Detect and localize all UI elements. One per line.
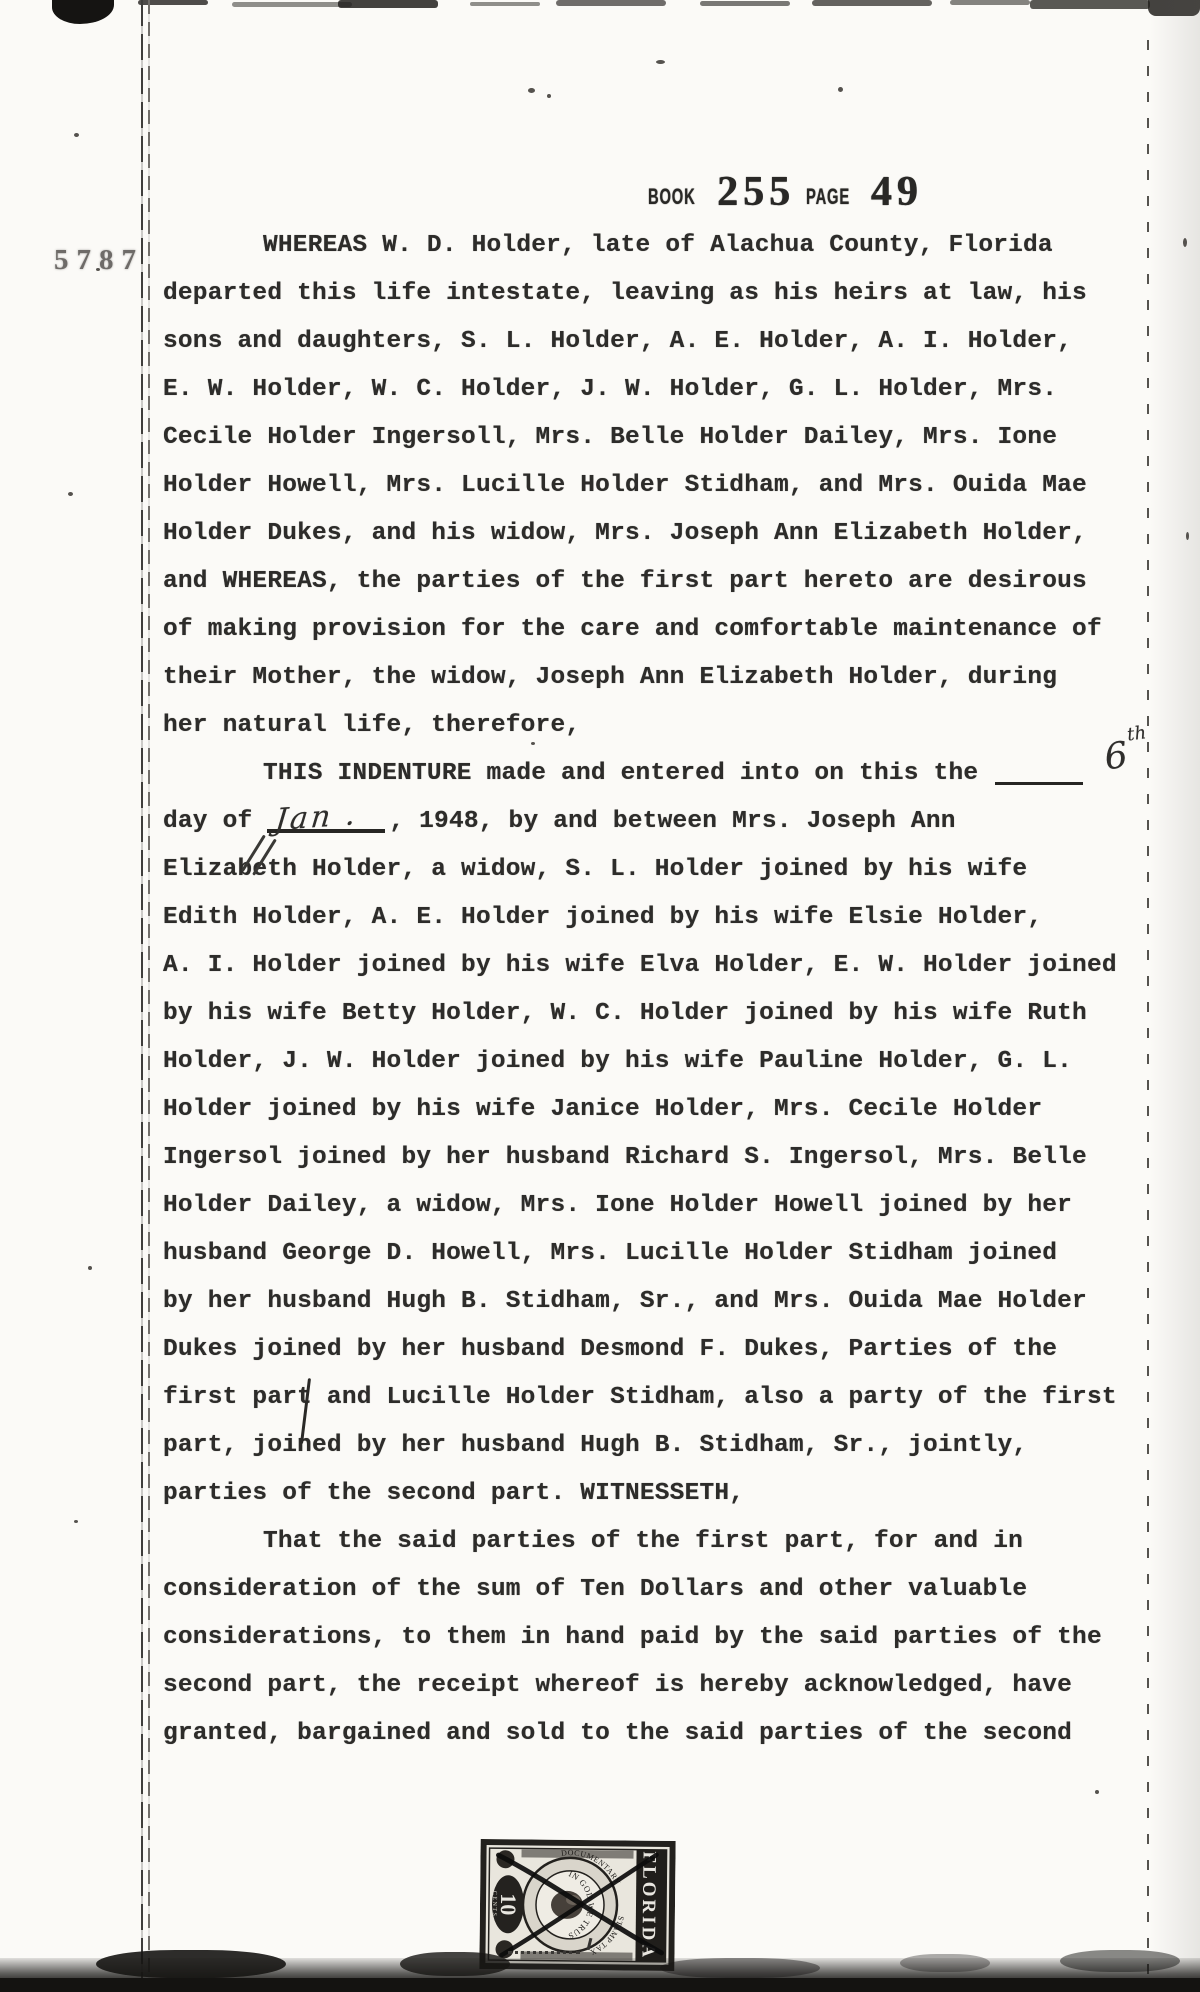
document-line: Holder Howell, Mrs. Lucille Holder Stidh…: [163, 462, 1123, 510]
scan-smudge: [400, 1952, 510, 1976]
stamp-denomination: 10: [496, 1893, 521, 1915]
handwritten-text: Jan .: [274, 800, 360, 836]
scan-smudge: [556, 0, 666, 6]
margin-instrument-number: 5787: [54, 244, 144, 277]
scan-speck: [531, 742, 535, 745]
scan-speck: [74, 1520, 78, 1523]
document-line: granted, bargained and sold to the said …: [163, 1710, 1123, 1758]
scan-speck: [528, 88, 535, 93]
scan-speck: [88, 1266, 92, 1270]
page-number: 49: [871, 168, 923, 216]
scan-smudge: [338, 0, 438, 8]
handwritten-day-fill: 6th: [995, 776, 1083, 785]
document-line: Elizabeth Holder, a widow, S. L. Holder …: [163, 846, 1123, 894]
binding-rule-line: [148, 0, 150, 1992]
scan-speck: [838, 87, 843, 92]
book-label: BOOK: [648, 184, 696, 210]
book-page-header: BOOK 255 PAGE 49: [648, 168, 923, 216]
scan-smudge: [232, 2, 352, 7]
scan-speck: [1183, 238, 1187, 247]
scan-speck: [74, 133, 79, 137]
document-line: E. W. Holder, W. C. Holder, J. W. Holder…: [163, 366, 1123, 414]
document-line: considerations, to them in hand paid by …: [163, 1614, 1123, 1662]
handwritten-month-fill: Jan .: [267, 823, 385, 833]
document-line: Holder Dailey, a widow, Mrs. Ione Holder…: [163, 1182, 1123, 1230]
document-line: A. I. Holder joined by his wife Elva Hol…: [163, 942, 1123, 990]
document-line: consideration of the sum of Ten Dollars …: [163, 1566, 1123, 1614]
scan-smudge: [470, 2, 540, 6]
stamp-denomination-unit: CENTS: [491, 1891, 497, 1918]
scan-smudge: [96, 1950, 286, 1978]
scanned-document-page: BOOK 255 PAGE 49 5787 WHEREAS W. D. Hold…: [0, 0, 1200, 1992]
scan-bottom-strip: [0, 1978, 1200, 1992]
scan-smudge: [700, 1, 790, 6]
scan-dots: [508, 1946, 580, 1954]
document-line: sons and daughters, S. L. Holder, A. E. …: [163, 318, 1123, 366]
document-line: departed this life intestate, leaving as…: [163, 270, 1123, 318]
document-line: by his wife Betty Holder, W. C. Holder j…: [163, 990, 1123, 1038]
document-line: Holder, J. W. Holder joined by his wife …: [163, 1038, 1123, 1086]
document-line: her natural life, therefore,: [163, 702, 1123, 750]
document-line: second part, the receipt whereof is here…: [163, 1662, 1123, 1710]
page-edge-rule-line: [1147, 40, 1149, 1992]
scan-smudge: [950, 0, 1030, 5]
scan-smudge: [812, 0, 932, 6]
document-line: of making provision for the care and com…: [163, 606, 1123, 654]
document-line: husband George D. Howell, Mrs. Lucille H…: [163, 1230, 1123, 1278]
document-line: Holder Dukes, and his widow, Mrs. Joseph…: [163, 510, 1123, 558]
document-body: WHEREAS W. D. Holder, late of Alachua Co…: [163, 222, 1123, 1758]
scan-smudge: [660, 1958, 820, 1978]
document-line: WHEREAS W. D. Holder, late of Alachua Co…: [163, 222, 1123, 270]
document-line: their Mother, the widow, Joseph Ann Eliz…: [163, 654, 1123, 702]
document-line: by her husband Hugh B. Stidham, Sr., and…: [163, 1278, 1123, 1326]
binding-rule-line: [141, 0, 143, 1992]
document-line: Ingersol joined by her husband Richard S…: [163, 1134, 1123, 1182]
page-label: PAGE: [806, 184, 850, 210]
scan-speck: [547, 94, 551, 98]
scan-smudge: [1030, 0, 1150, 9]
scan-smudge: [900, 1954, 990, 1972]
document-line: Cecile Holder Ingersoll, Mrs. Belle Hold…: [163, 414, 1123, 462]
book-number: 255: [717, 168, 795, 216]
scan-speck: [1186, 532, 1189, 540]
document-line: Holder joined by his wife Janice Holder,…: [163, 1086, 1123, 1134]
scan-speck: [1095, 1790, 1099, 1794]
scan-speck: [656, 60, 665, 64]
scan-smudge: [52, 0, 114, 24]
document-line: THIS INDENTURE made and entered into on …: [163, 750, 1123, 798]
scan-speck: [68, 492, 73, 496]
document-line: and WHEREAS, the parties of the first pa…: [163, 558, 1123, 606]
document-line: Edith Holder, A. E. Holder joined by his…: [163, 894, 1123, 942]
scan-smudge: [1060, 1950, 1180, 1972]
page-edge-shade: [1150, 0, 1200, 1992]
document-line: day of Jan ., 1948, by and between Mrs. …: [163, 798, 1123, 846]
document-line: part, joined by her husband Hugh B. Stid…: [163, 1422, 1123, 1470]
document-line: Dukes joined by her husband Desmond F. D…: [163, 1326, 1123, 1374]
document-line: parties of the second part. WITNESSETH,: [163, 1470, 1123, 1518]
scan-speck: [96, 268, 100, 271]
document-line: That the said parties of the first part,…: [163, 1518, 1123, 1566]
